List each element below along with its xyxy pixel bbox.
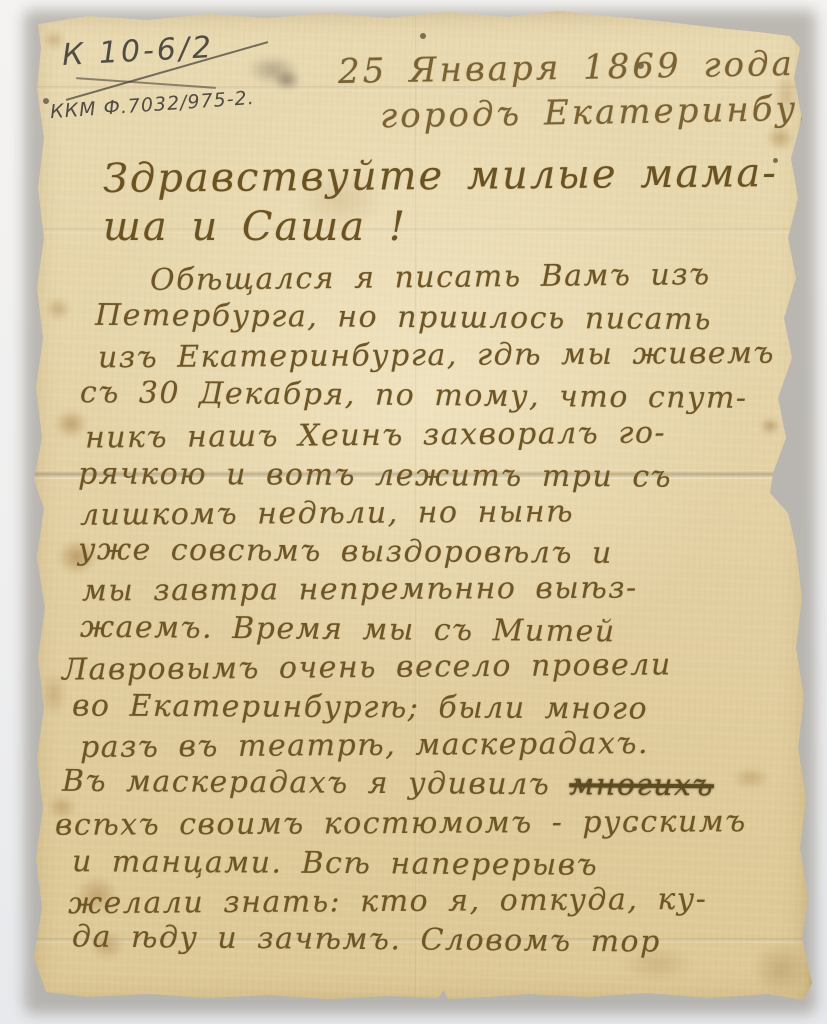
letter-body-line: во Екатеринбургѣ; были много — [72, 688, 648, 726]
letter-scan: К 10-6/2 ККМ Ф.7032/975-2. 25 Января 186… — [0, 0, 827, 1024]
archive-catalog-mark: ККМ Ф.7032/975-2. — [49, 87, 255, 123]
letter-body-line: всѣхъ своимъ костюмомъ - русскимъ — [55, 804, 747, 843]
letter-body-text: Въ маскерадахъ я удивилъ — [62, 764, 550, 802]
letter-body-line: рячкою и вотъ лежитъ три съ — [78, 456, 672, 494]
stain — [268, 66, 306, 94]
letter-body-line: желали знать: кто я, откуда, ку- — [68, 882, 708, 921]
letter-body-line: лишкомъ недѣли, но нынѣ — [80, 494, 574, 532]
letter-greeting-line: ша и Саша ! — [103, 204, 407, 250]
letter-page: К 10-6/2 ККМ Ф.7032/975-2. 25 Января 186… — [28, 8, 812, 1008]
archive-inventory-mark: К 10-6/2 — [61, 30, 215, 73]
speck — [43, 98, 49, 104]
letter-date-line: 25 Января 1869 года — [338, 44, 796, 92]
letter-greeting-line: Здравствуйте милые мама- — [103, 150, 778, 202]
letter-body-line: Лавровымъ очень весело провели — [62, 647, 672, 687]
crossed-out-word: многихъ — [569, 767, 714, 803]
stain — [726, 763, 776, 793]
letter-body-line: съ 30 Декабря, по тому, что спут- — [80, 375, 748, 416]
letter-body-line: и танцами. Всѣ наперерывъ — [72, 844, 598, 883]
letter-place-line: городъ Екатеринбургъ. — [380, 88, 827, 137]
speck — [420, 33, 426, 39]
letter-body-line: Въ маскерадахъ я удивилъ многихъ — [62, 764, 714, 804]
letter-body-line: да ѣду и зачѣмъ. Словомъ тор — [72, 919, 661, 959]
letter-body-line: Петербурга, но пришлось писать — [95, 298, 712, 337]
stain — [756, 414, 784, 438]
letter-body-line: никъ нашъ Хеинъ захворалъ го- — [85, 415, 666, 455]
letter-body-line: изъ Екатеринбурга, гдѣ мы живемъ — [98, 336, 775, 376]
letter-body-line: мы завтра непремѣнно выѣз- — [82, 571, 638, 609]
letter-body-line: Обѣщался я писать Вамъ изъ — [150, 257, 711, 298]
stain — [40, 293, 76, 325]
letter-body-line: уже совсѣмъ выздоровѣлъ и — [78, 532, 613, 571]
letter-body-line: разъ въ театрѣ, маскерадахъ. — [80, 726, 649, 765]
letter-body-line: жаемъ. Время мы съ Митей — [80, 610, 616, 650]
